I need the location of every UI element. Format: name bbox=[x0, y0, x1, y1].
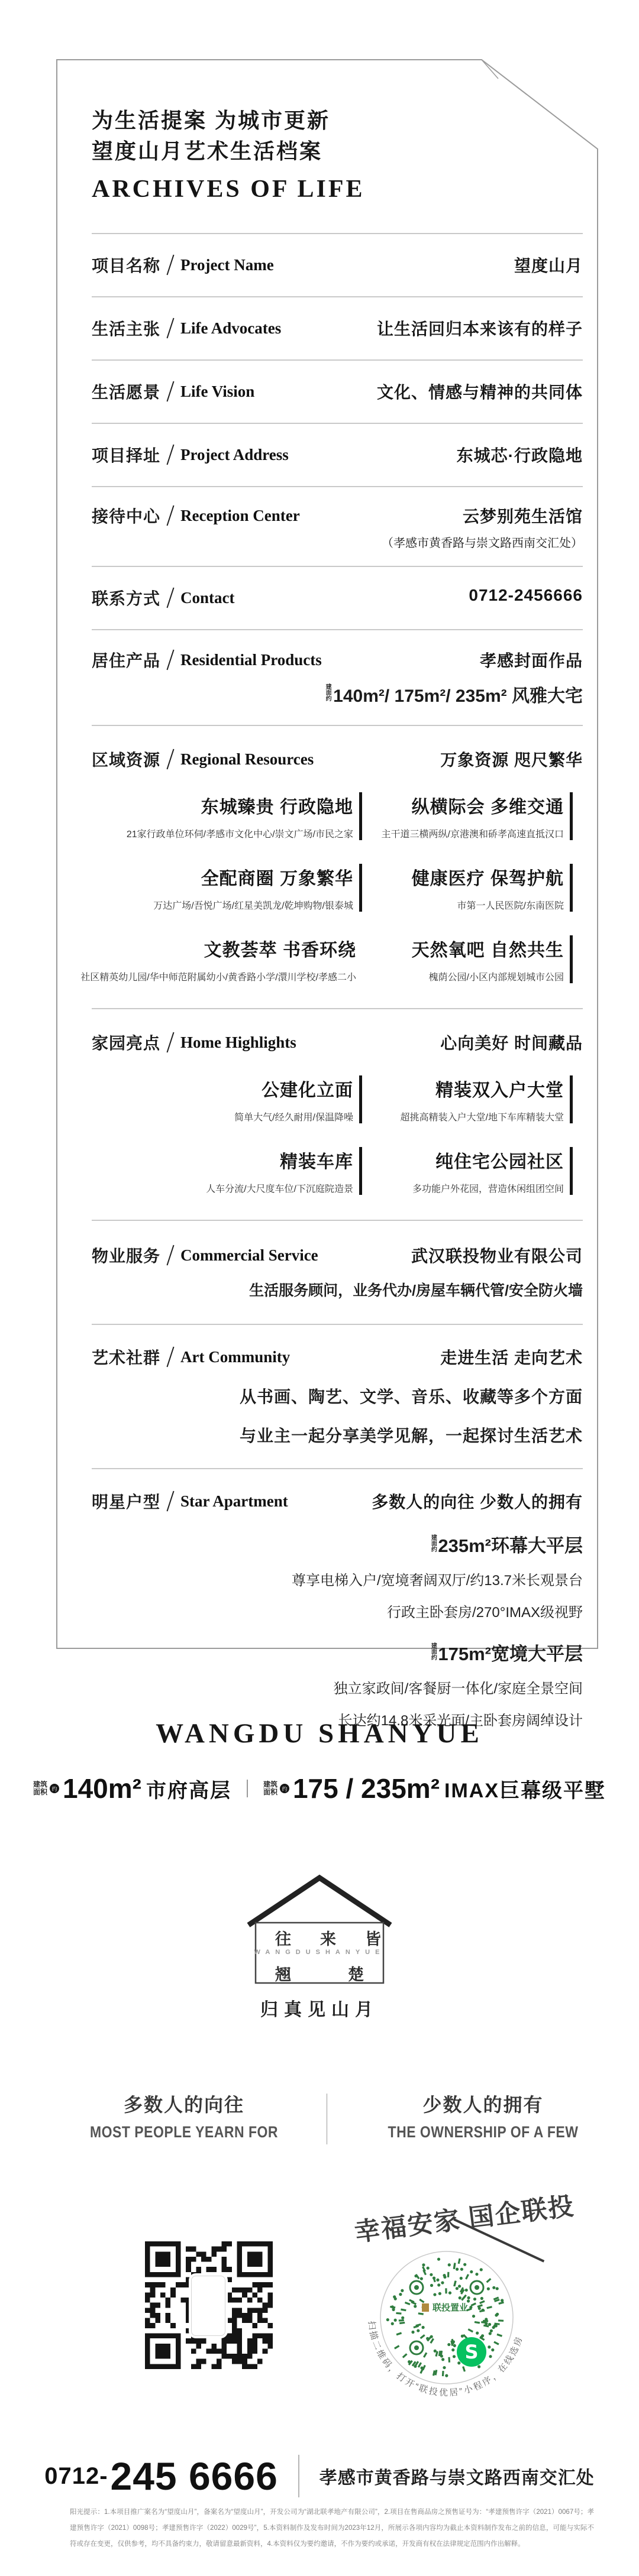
row-label-en: Project Name bbox=[180, 256, 274, 274]
area-approx-prefix: 建面约 bbox=[430, 1534, 436, 1554]
slash-divider bbox=[167, 445, 175, 465]
brand-logotype: WANGDU SHANYUE bbox=[0, 1718, 639, 1749]
row-contact: 联系方式Contact 0712-2456666 bbox=[92, 566, 583, 629]
resource-cell: 全配商圈 万象繁华万达广场/吾悦广场/红星美凯龙/乾坤购物/银泰城 bbox=[92, 864, 362, 912]
archive-card: 为生活提案 为城市更新 望度山月艺术生活档案 ARCHIVES OF LIFE … bbox=[56, 59, 599, 1650]
house-tagline: 归真见山月 bbox=[218, 1995, 421, 2021]
row-label-cn: 生活主张 bbox=[92, 316, 160, 340]
highlight-cell: 公建化立面简单大气/经久耐用/保温降噪 bbox=[92, 1075, 362, 1123]
row-value: 万象资源 咫尺繁华 bbox=[440, 747, 583, 771]
area-seg-175-235: 建筑面积 约 175 / 235m² IMAX巨幕级平墅 bbox=[263, 1773, 606, 1804]
slash-divider bbox=[167, 588, 175, 608]
row-value: 多数人的向往 少数人的拥有 bbox=[372, 1489, 583, 1513]
resource-cell: 天然氧吧 自然共生槐荫公园/小区内部规划城市公园 bbox=[362, 935, 583, 983]
archive-rows: 项目名称Project Name 望度山月 生活主张Life Advocates… bbox=[92, 233, 583, 1729]
row-regional-resources: 区域资源Regional Resources 万象资源 咫尺繁华 东城臻贵 行政… bbox=[92, 725, 583, 1008]
approx-circle-icon: 约 bbox=[280, 1784, 289, 1793]
unit-235: 建面约235m²环幕大平层 尊享电梯入户/宽境奢阔双厅/约13.7米长观景台 行… bbox=[92, 1513, 583, 1621]
qr-brand-name: 联投置业 bbox=[433, 2302, 468, 2313]
row-label-cn: 物业服务 bbox=[92, 1243, 160, 1267]
resource-cell: 纵横际会 多维交通主干道三横两纵/京港澳和硚孝高速直抵汉口 bbox=[362, 792, 583, 840]
wechat-qr-code bbox=[145, 2241, 273, 2369]
slash-divider bbox=[167, 1491, 175, 1512]
resource-cell: 东城臻贵 行政隐地21家行政单位环伺/孝感市文化中心/崇文广场/市民之家 bbox=[92, 792, 362, 840]
qr-center-label bbox=[191, 2276, 225, 2336]
slash-divider bbox=[167, 749, 175, 770]
slash-divider bbox=[167, 381, 175, 402]
art-community-line: 与业主一起分享美学见解，一起探讨生活艺术 bbox=[92, 1423, 583, 1447]
slash-divider bbox=[167, 255, 175, 276]
row-label-cn: 接待中心 bbox=[92, 504, 160, 527]
footer-divider bbox=[298, 2455, 299, 2497]
row-label-en: Star Apartment bbox=[180, 1492, 288, 1511]
cell-accent-bar bbox=[570, 935, 573, 983]
footer-contact-row: 0712- 245 6666 孝感市黄香路与崇文路西南交汇处 bbox=[0, 2454, 639, 2499]
unit-title: 235m²环幕大平层 bbox=[438, 1531, 583, 1557]
slash-divider bbox=[167, 650, 175, 670]
highlight-cell: 精装车库人车分流/大尺度车位/下沉庭院造景 bbox=[92, 1147, 362, 1195]
row-label-cn: 艺术社群 bbox=[92, 1345, 160, 1369]
area-approx-prefix: 建面约 bbox=[324, 683, 331, 705]
row-value: 走进生活 走向艺术 bbox=[440, 1345, 583, 1369]
miniprogram-s-glyph: S bbox=[464, 2341, 478, 2363]
cell-accent-bar bbox=[570, 1075, 573, 1123]
row-label-cn: 项目择址 bbox=[92, 443, 160, 466]
approx-circle-icon: 约 bbox=[50, 1784, 59, 1793]
row-label-en: Contact bbox=[180, 589, 234, 607]
row-value: 孝感封面作品 bbox=[480, 648, 583, 672]
highlight-cell: 精装双入户大堂超挑高精装入户大堂/地下车库精装大堂 bbox=[362, 1075, 583, 1123]
art-community-line: 从书画、陶艺、文学、音乐、收藏等多个方面 bbox=[92, 1384, 583, 1408]
property-service-detail: 生活服务顾问，业务代办/房屋车辆代管/安全防火墙 bbox=[92, 1279, 583, 1300]
row-label-en: Life Advocates bbox=[180, 319, 281, 338]
yearn-row: 多数人的向往 MOST PEOPLE YEARN FOR 少数人的拥有 THE … bbox=[0, 2090, 639, 2144]
unit-feature: 独立家政间/客餐厨一体化/家庭全景空间 bbox=[334, 1677, 583, 1697]
row-label-en: Reception Center bbox=[180, 507, 300, 525]
row-value: 心向美好 时间藏品 bbox=[440, 1031, 583, 1054]
slash-divider bbox=[167, 1032, 175, 1053]
row-value: 东城芯·行政隐地 bbox=[457, 443, 583, 466]
slash-divider bbox=[167, 1245, 175, 1266]
slash-divider bbox=[167, 506, 175, 526]
contact-phone: 0712-2456666 bbox=[469, 586, 583, 605]
unit-title: 175m²宽境大平层 bbox=[438, 1639, 583, 1666]
row-star-apartment: 明星户型Star Apartment 多数人的向往 少数人的拥有 建面约235m… bbox=[92, 1468, 583, 1729]
row-value: 让生活回归本来该有的样子 bbox=[377, 316, 583, 340]
yearn-left: 多数人的向往 MOST PEOPLE YEARN FOR bbox=[0, 2090, 327, 2144]
house-logo: 往来皆 WANGDUSHANYUE 翘楚 归真见山月 bbox=[218, 1868, 421, 2021]
unit-175: 建面约175m²宽境大平层 独立家政间/客餐厨一体化/家庭全景空间 长达约14.… bbox=[92, 1621, 583, 1729]
row-residential-products: 居住产品Residential Products 孝感封面作品 建面约 140m… bbox=[92, 629, 583, 725]
cell-accent-bar bbox=[570, 864, 573, 912]
miniprogram-qr-code: 联投置业 S 扫描二维码，打开“联投优居”小程序，在线选房 bbox=[352, 2223, 541, 2412]
row-label-en: Home Highlights bbox=[180, 1033, 296, 1052]
row-reception-center: 接待中心Reception Center 云梦别苑生活馆 （孝感市黄香路与崇文路… bbox=[92, 486, 583, 566]
row-label-cn: 家园亮点 bbox=[92, 1031, 160, 1054]
brand-mark-gold bbox=[422, 2303, 429, 2312]
reception-name: 云梦别苑生活馆 bbox=[382, 504, 583, 527]
row-home-highlights: 家园亮点Home Highlights 心向美好 时间藏品 公建化立面简单大气/… bbox=[92, 1008, 583, 1220]
row-label-cn: 区域资源 bbox=[92, 747, 160, 771]
segment-divider bbox=[247, 1780, 248, 1797]
row-label-en: Project Address bbox=[180, 446, 289, 464]
circular-qr: 联投置业 S 扫描二维码，打开“联投优居”小程序，在线选房 bbox=[352, 2223, 541, 2412]
row-label-cn: 居住产品 bbox=[92, 648, 160, 672]
phone-number: 245 6666 bbox=[111, 2454, 278, 2499]
svg-text:扫描二维码，打开“联投优居”小程序，在线选房: 扫描二维码，打开“联投优居”小程序，在线选房 bbox=[366, 2321, 525, 2399]
slash-divider bbox=[167, 318, 175, 339]
yearn-right: 少数人的拥有 THE OWNERSHIP OF A FEW bbox=[327, 2090, 639, 2144]
card-header: 为生活提案 为城市更新 望度山月艺术生活档案 ARCHIVES OF LIFE bbox=[92, 105, 365, 203]
cell-accent-bar bbox=[570, 792, 573, 840]
resource-cell: 文教荟萃 书香环绕社区精英幼儿园/华中师范附属幼小/黄香路小学/澴川学校/孝感二… bbox=[92, 935, 362, 983]
row-life-advocates: 生活主张Life Advocates 让生活回归本来该有的样子 bbox=[92, 296, 583, 359]
poster-page: 为生活提案 为城市更新 望度山月艺术生活档案 ARCHIVES OF LIFE … bbox=[0, 0, 639, 2576]
house-text-bottom: 翘楚 bbox=[275, 1962, 364, 1985]
row-label-cn: 明星户型 bbox=[92, 1489, 160, 1513]
house-text-top: 往来皆 bbox=[275, 1926, 364, 1949]
row-art-community: 艺术社群Art Community 走进生活 走向艺术 从书画、陶艺、文学、音乐… bbox=[92, 1324, 583, 1468]
slash-divider bbox=[167, 1347, 175, 1368]
row-label-cn: 生活愿景 bbox=[92, 380, 160, 403]
unit-feature: 行政主卧套房/270°IMAX级视野 bbox=[387, 1600, 583, 1621]
phone-prefix: 0712- bbox=[44, 2463, 108, 2490]
row-project-name: 项目名称Project Name 望度山月 bbox=[92, 233, 583, 296]
row-label-en: Commercial Service bbox=[180, 1246, 318, 1265]
regional-grid: 东城臻贵 行政隐地21家行政单位环伺/孝感市文化中心/崇文广场/市民之家 纵横际… bbox=[92, 792, 583, 983]
row-value: 文化、情感与精神的共同体 bbox=[377, 380, 583, 403]
row-life-vision: 生活愿景Life Vision 文化、情感与精神的共同体 bbox=[92, 359, 583, 423]
row-property-service: 物业服务Commercial Service 武汉联投物业有限公司 生活服务顾问… bbox=[92, 1220, 583, 1324]
highlight-cell: 纯住宅公园社区多功能户外花园，营造休闲组团空间 bbox=[362, 1147, 583, 1195]
headline-line1: 为生活提案 为城市更新 bbox=[92, 105, 365, 136]
highlights-grid: 公建化立面简单大气/经久耐用/保温降噪 精装双入户大堂超挑高精装入户大堂/地下车… bbox=[92, 1075, 583, 1195]
row-label-cn: 联系方式 bbox=[92, 586, 160, 610]
row-label-en: Art Community bbox=[180, 1348, 290, 1366]
area-summary-line: 建筑面积 约 140m² 市府高层 建筑面积 约 175 / 235m² IMA… bbox=[0, 1773, 639, 1804]
area-sizes: 140m²/ 175m²/ 235m² 风雅大宅 bbox=[333, 681, 583, 707]
headline-en: ARCHIVES OF LIFE bbox=[92, 175, 365, 203]
footer-address: 孝感市黄香路与崇文路西南交汇处 bbox=[319, 2463, 595, 2489]
row-label-en: Regional Resources bbox=[180, 750, 314, 769]
row-project-address: 项目择址Project Address 东城芯·行政隐地 bbox=[92, 423, 583, 486]
headline-line2: 望度山月艺术生活档案 bbox=[92, 136, 365, 167]
resource-cell: 健康医疗 保驾护航市第一人民医院/东南医院 bbox=[362, 864, 583, 912]
house-letters: WANGDUSHANYUE bbox=[218, 1949, 421, 1956]
row-label-en: Life Vision bbox=[180, 383, 254, 401]
row-label-en: Residential Products bbox=[180, 651, 322, 669]
cell-accent-bar bbox=[570, 1147, 573, 1195]
row-label-cn: 项目名称 bbox=[92, 253, 160, 277]
unit-feature: 尊享电梯入户/宽境奢阔双厅/约13.7米长观景台 bbox=[292, 1569, 583, 1589]
area-seg-140: 建筑面积 约 140m² 市府高层 bbox=[33, 1773, 231, 1804]
legal-disclaimer: 阳光提示：1.本项目推广案名为“望度山月”，备案名为“望度山月”，开发公司为“湖… bbox=[70, 2504, 594, 2552]
row-value: 望度山月 bbox=[514, 253, 583, 277]
row-value: 武汉联投物业有限公司 bbox=[411, 1243, 583, 1267]
area-approx-prefix: 建面约 bbox=[430, 1642, 436, 1663]
reception-address: （孝感市黄香路与崇文路西南交汇处） bbox=[382, 533, 583, 550]
qr-arc-caption: 扫描二维码，打开“联投优居”小程序，在线选房 bbox=[366, 2321, 525, 2399]
